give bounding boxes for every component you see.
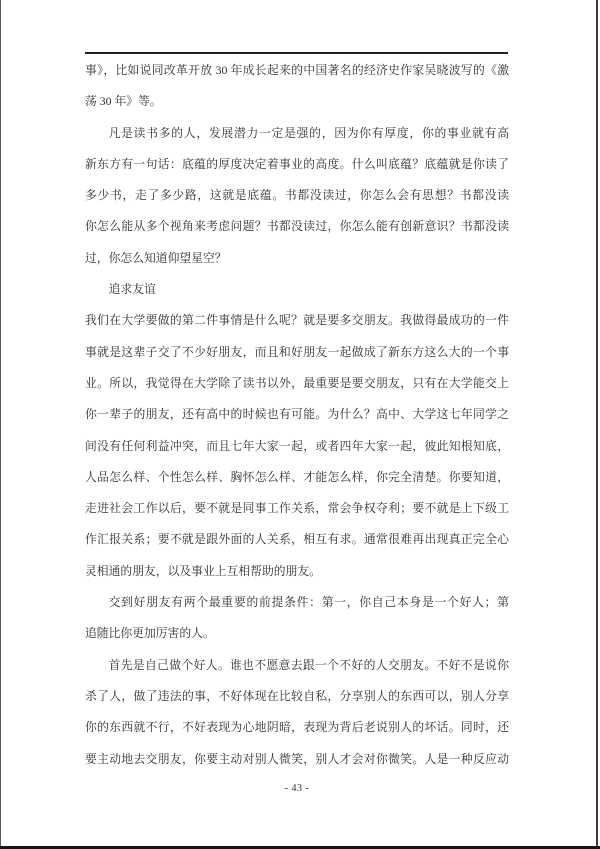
text-line: 追求友谊 — [85, 274, 509, 305]
text-line: 首先是自己做个好人。谁也不愿意去跟一个不好的人交朋友。不好不是说你 — [85, 650, 509, 681]
text-line: 凡是读书多的人，发展潜力一定是强的，因为你有厚度，你的事业就有高度， — [85, 118, 509, 149]
text-line: 追随比你更加厉害的人。 — [85, 618, 509, 649]
text-line: 走进社会工作以后，要不就是同事工作关系，常会争权夺利；要不就是上下级工 — [85, 493, 509, 524]
text-line: 业。所以，我觉得在大学除了读书以外，最重要是要交朋友，只有在大学能交上 — [85, 368, 509, 399]
text-line: 我们在大学要做的第二件事情是什么呢？就是要多交朋友。我做得最成功的一件 — [85, 305, 509, 336]
text-line: 灵相通的朋友，以及事业上互相帮助的朋友。 — [85, 556, 509, 587]
page-edge-left — [0, 0, 1, 849]
text-line: 新东方有一句话：底蕴的厚度决定着事业的高度。什么叫底蕴？底蕴就是你读了 — [85, 149, 509, 180]
text-line: 作汇报关系；要不就是跟外面的人关系，相互有求。通常很难再出现真正完全心 — [85, 524, 509, 555]
text-line: 事就是这辈子交了不少好朋友，而且和好朋友一起做成了新东方这么大的一个事 — [85, 337, 509, 368]
document-body-text: 事》，比如说同改革开放 30 年成长起来的中国著名的经济史作家吴晓波写的《激荡 … — [85, 55, 509, 775]
text-line: 杀了人，做了违法的事，不好体现在比较自私，分享别人的东西可以，别人分享 — [85, 681, 509, 712]
header-divider-line — [85, 52, 508, 54]
text-line: 荡 30 年》等。 — [85, 86, 509, 117]
text-line: 交到好朋友有两个最重要的前提条件：第一，你自己本身是一个好人；第二， — [85, 587, 509, 618]
page-edge-right — [596, 0, 598, 849]
page-number: - 43 - — [85, 783, 509, 795]
text-line: 间没有任何利益冲突，而且七年大家一起，或者四年大家一起，彼此知根知底， — [85, 431, 509, 462]
text-line: 多少书，走了多少路，这就是底蕴。书都没读过，你怎么会有思想？书都没读过， — [85, 180, 509, 211]
text-line: 人品怎么样、个性怎么样、胸怀怎么样、才能怎么样，你完全清楚。你要知道， — [85, 462, 509, 493]
text-line: 要主动地去交朋友，你要主动对别人微笑，别人才会对你微笑。人是一种反应动 — [85, 744, 509, 775]
text-line: 过，你怎么知道仰望星空？ — [85, 243, 509, 274]
text-line: 你怎么能从多个视角来考虑问题？书都没读过，你怎么能有创新意识？书都没读 — [85, 211, 509, 242]
document-page: 事》，比如说同改革开放 30 年成长起来的中国著名的经济史作家吴晓波写的《激荡 … — [0, 0, 600, 849]
text-line: 你一辈子的朋友，还有高中的时候也有可能。为什么？高中、大学这七年同学之 — [85, 399, 509, 430]
text-line: 事》，比如说同改革开放 30 年成长起来的中国著名的经济史作家吴晓波写的《激 — [85, 55, 509, 86]
text-line: 你的东西就不行，不好表现为心地阴暗，表现为背后老说别人的坏话。同时，还 — [85, 712, 509, 743]
